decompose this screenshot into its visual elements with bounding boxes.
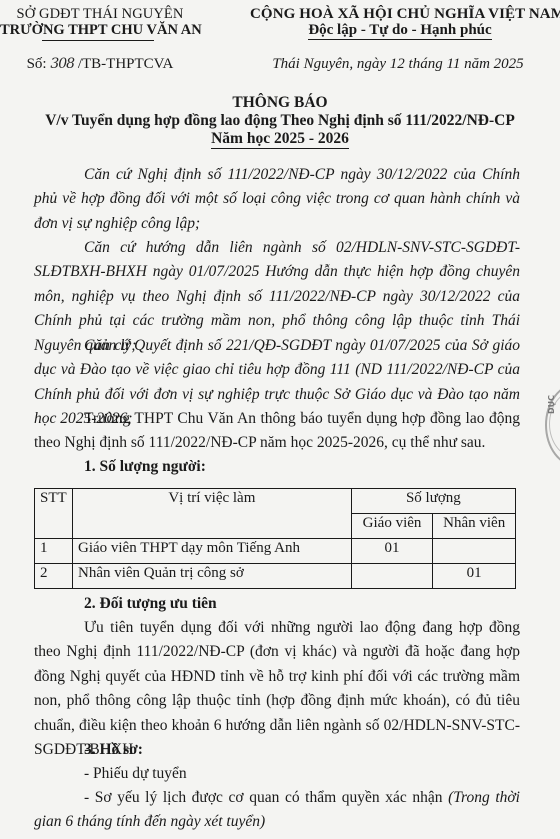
intro-paragraph: Trường THPT Chu Văn An thông báo tuyển d…: [34, 407, 520, 456]
document-subject: V/v Tuyển dụng hợp đồng lao động Theo Ng…: [0, 112, 560, 130]
header-stt: STT: [35, 489, 73, 539]
dossier-item: - Phiếu dự tuyển: [34, 762, 520, 786]
date-line: Thái Nguyên, ngày 12 tháng 11 năm 2025: [236, 56, 560, 73]
preamble-text: Căn cứ Nghị định số 111/2022/NĐ-CP ngày …: [34, 163, 520, 236]
preamble-decree: Căn cứ Nghị định số 111/2022/NĐ-CP ngày …: [34, 163, 520, 236]
header-position: Vị trí việc làm: [72, 489, 351, 539]
organization-parent: SỞ GDĐT THÁI NGUYÊN: [0, 6, 200, 23]
cell-staff: [433, 539, 516, 564]
header-staff: Nhân viên: [433, 514, 516, 539]
header-teacher: Giáo viên: [351, 514, 433, 539]
school-year-text: Năm học 2025 - 2026: [211, 130, 349, 149]
table-row: 1 Giáo viên THPT dạy môn Tiếng Anh 01: [35, 539, 516, 564]
table-header-row: STT Vị trí việc làm Số lượng: [35, 489, 516, 514]
cell-stt: 1: [35, 539, 73, 564]
table-row: 2 Nhân viên Quản trị công sở 01: [35, 564, 516, 589]
intro-text: Trường THPT Chu Văn An thông báo tuyển d…: [34, 407, 520, 456]
header-quantity: Số lượng: [351, 489, 515, 514]
section-heading-text: 1. Số lượng người:: [34, 455, 520, 479]
national-title: CỘNG HOÀ XÃ HỘI CHỦ NGHĨA VIỆT NAM: [250, 6, 550, 23]
dossier-item: - Sơ yếu lý lịch được cơ quan có thẩm qu…: [34, 786, 520, 835]
doc-number-value: 308: [50, 56, 74, 72]
cell-teacher: [351, 564, 433, 589]
section-heading-text: 2. Đối tượng ưu tiên: [34, 592, 520, 616]
cell-position: Nhân viên Quản trị công sở: [72, 564, 351, 589]
dossier-item-text: - Phiếu dự tuyển: [84, 765, 187, 782]
section-3-heading: 3. Hồ sơ:: [34, 738, 520, 762]
staffing-table: STT Vị trí việc làm Số lượng Giáo viên N…: [34, 488, 516, 589]
section-heading-text: 3. Hồ sơ:: [34, 738, 520, 762]
cell-position: Giáo viên THPT dạy môn Tiếng Anh: [72, 539, 351, 564]
organization-name: TRƯỜNG THPT CHU VĂN AN: [0, 22, 200, 39]
cell-teacher: 01: [351, 539, 433, 564]
stamp-text: DỤC: [547, 395, 556, 414]
dossier-item-text: - Sơ yếu lý lịch được cơ quan có thẩm qu…: [84, 789, 448, 806]
section-1-heading: 1. Số lượng người:: [34, 455, 520, 479]
document-number: Số: 308 /TB-THPTCVA: [0, 56, 200, 73]
cell-staff: 01: [433, 564, 516, 589]
cell-stt: 2: [35, 564, 73, 589]
organization-underline: [42, 40, 154, 41]
doc-number-prefix: Số:: [27, 56, 51, 72]
document-title: THÔNG BÁO: [0, 94, 560, 112]
national-motto: Độc lập - Tự do - Hạnh phúc: [250, 22, 550, 39]
section-2-heading: 2. Đối tượng ưu tiên: [34, 592, 520, 616]
doc-number-suffix: /TB-THPTCVA: [74, 56, 173, 72]
motto-text: Độc lập - Tự do - Hạnh phúc: [308, 22, 491, 40]
school-year: Năm học 2025 - 2026: [0, 130, 560, 148]
